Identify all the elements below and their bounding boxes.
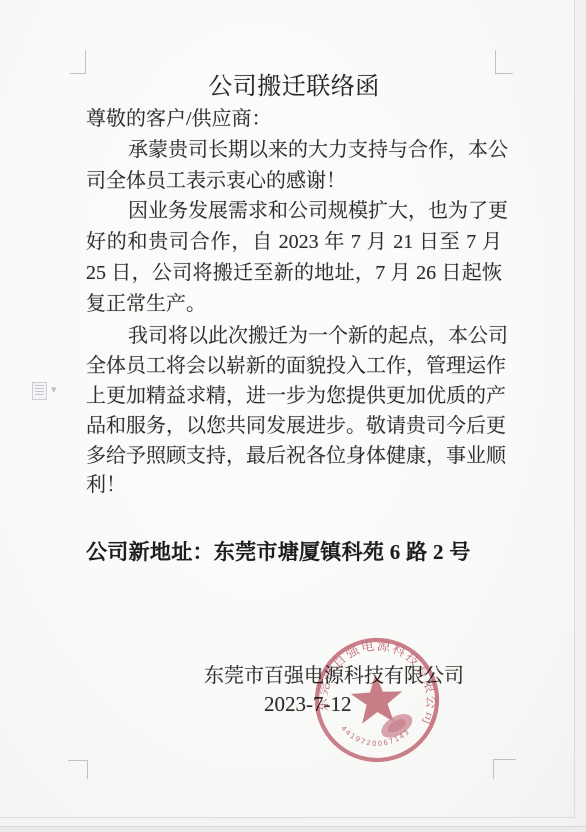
letter-title: 公司搬迁联络函	[86, 66, 502, 101]
crop-mark-bottom-left	[68, 760, 88, 779]
paste-options-icon	[32, 382, 47, 400]
paper-right-edge	[574, 0, 575, 818]
para3-line: 全体员工将会以崭新的面貌投入工作，管理运作	[86, 352, 502, 382]
para3-line: 多给予照顾支持，最后祝各位身体健康，事业顺	[86, 442, 502, 472]
photo-background-bottom	[0, 818, 575, 826]
para3-line: 利！	[86, 471, 502, 501]
para3-line: 品和服务，以您共同发展进步。敬请贵司今后更	[86, 412, 502, 442]
crop-mark-top-left	[70, 50, 86, 74]
seal-ring-text: 东莞市百强电源科技有限公司	[313, 633, 445, 729]
company-seal-stamp: 东莞市百强电源科技有限公司 4419720067143	[296, 619, 459, 782]
letter-body-block-1: 尊敬的客户/供应商： 承蒙贵司长期以来的大力支持与合作，本公 司全体员工表示衷心…	[86, 104, 502, 320]
para2-line: 因业务发展需求和公司规模扩大，也为了更	[86, 196, 502, 227]
para2-line: 好的和贵司合作，自 2023 年 7 月 21 日至 7 月	[86, 227, 502, 258]
photographed-letter: ▾ 公司搬迁联络函 尊敬的客户/供应商： 承蒙贵司长期以来的大力支持与合作，本公…	[0, 0, 586, 832]
photo-background-right	[575, 0, 586, 832]
seal-svg: 东莞市百强电源科技有限公司 4419720067143	[296, 619, 459, 782]
para2-line: 复正常生产。	[86, 289, 502, 320]
para1-line: 司全体员工表示衷心的感谢！	[86, 166, 502, 197]
para3-line: 我司将以此次搬迁为一个新的起点，本公司	[86, 322, 502, 352]
para2-line: 25 日，公司将搬迁至新的地址，7 月 26 日起恢	[86, 258, 502, 289]
chevron-down-icon: ▾	[51, 383, 57, 396]
letter-body-block-2: 我司将以此次搬迁为一个新的起点，本公司 全体员工将会以崭新的面貌投入工作，管理运…	[86, 322, 502, 501]
crop-mark-bottom-right	[493, 759, 516, 779]
para1-line: 承蒙贵司长期以来的大力支持与合作，本公	[86, 135, 502, 166]
photo-background-bottom-2	[0, 827, 586, 832]
para3-line: 上更加精益求精，进一步为您提供更加优质的产	[86, 382, 502, 412]
greeting-line: 尊敬的客户/供应商：	[86, 104, 502, 135]
new-address-line: 公司新地址：东莞市塘厦镇科苑 6 路 2 号	[86, 536, 502, 566]
